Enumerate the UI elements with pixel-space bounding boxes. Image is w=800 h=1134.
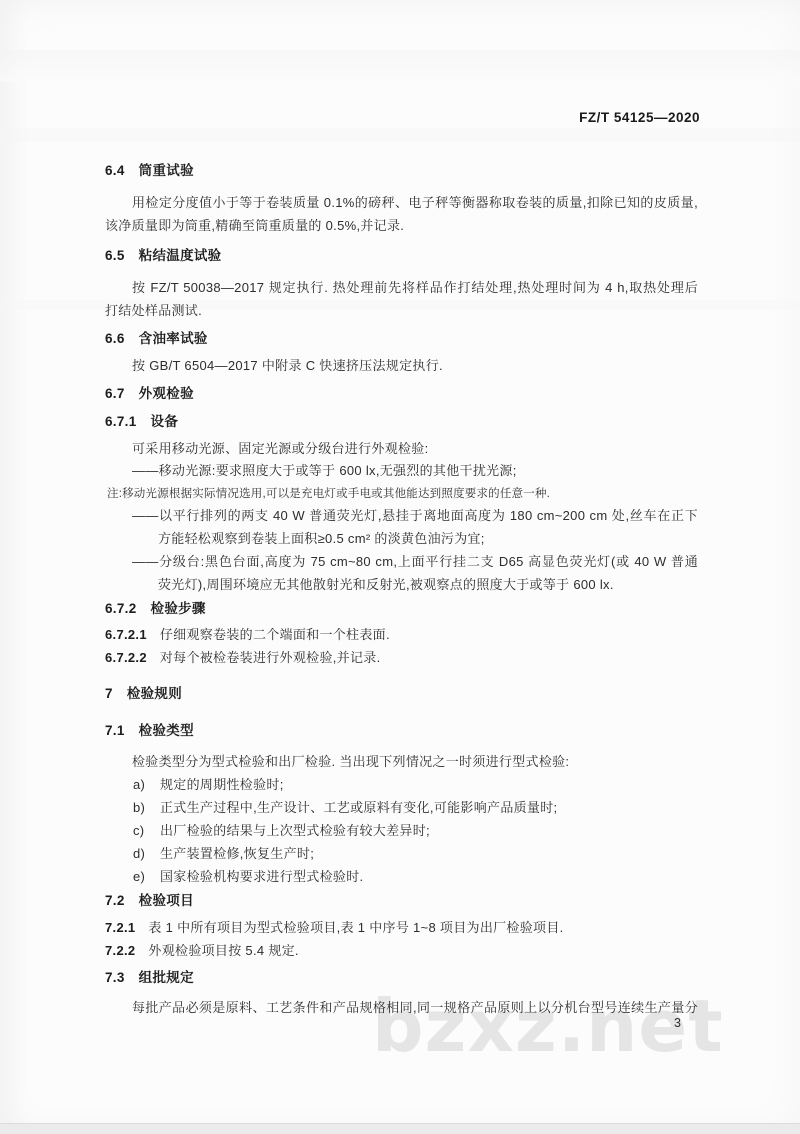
chapter-7-heading: 7检验规则	[105, 685, 182, 703]
clause-number: 6.7.1	[105, 414, 137, 429]
clause-title: 组批规定	[139, 970, 194, 985]
list-text: 生产装置检修,恢复生产时;	[160, 846, 314, 861]
clause-title: 含油率试验	[139, 331, 208, 346]
clause-text: 外观检验项目按 5.4 规定.	[148, 943, 298, 958]
clause-6-5-heading: 6.5粘结温度试验	[105, 247, 221, 265]
clause-number: 6.6	[105, 331, 125, 346]
list-marker: a)	[133, 776, 160, 794]
clause-number: 6.7.2.2	[105, 650, 147, 665]
page-number: 3	[674, 1016, 681, 1030]
list-marker: e)	[133, 868, 160, 886]
clause-7-1-intro: 检验类型分为型式检验和出厂检验. 当出现下列情况之一时须进行型式检验:	[132, 753, 569, 771]
chapter-number: 7	[105, 686, 113, 701]
clause-title: 检验项目	[139, 893, 194, 908]
list-item-a: a)规定的周期性检验时;	[133, 776, 284, 794]
chapter-title: 检验规则	[127, 686, 182, 701]
list-marker: c)	[133, 822, 160, 840]
clause-number: 6.5	[105, 248, 125, 263]
clause-6-6-paragraph: 按 GB/T 6504—2017 中附录 C 快速挤压法规定执行.	[132, 357, 443, 375]
list-item-d: d)生产装置检修,恢复生产时;	[133, 845, 314, 863]
dash-item-grading-table-line-1: ——分级台:黑色台面,高度为 75 cm~80 cm,上面平行挂二支 D65 高…	[132, 553, 698, 571]
list-item-c: c)出厂检验的结果与上次型式检验有较大差异时;	[133, 822, 430, 840]
clause-number: 6.7.2.1	[105, 627, 147, 642]
scanned-standard-page: bzxz.net FZ/T 54125—2020 6.4筒重试验 用检定分度值小…	[0, 0, 800, 1134]
clause-text: 仔细观察卷装的二个端面和一个柱表面.	[160, 627, 390, 642]
clause-number: 7.2	[105, 893, 125, 908]
clause-6-7-2-heading: 6.7.2检验步骤	[105, 600, 206, 618]
clause-number: 6.7	[105, 386, 125, 401]
clause-6-4-paragraph-line-2: 该净质量即为筒重,精确至筒重质量的 0.5%,并记录.	[105, 217, 404, 235]
clause-title: 设备	[151, 414, 179, 429]
list-text: 出厂检验的结果与上次型式检验有较大差异时;	[160, 823, 430, 838]
clause-title: 检验类型	[139, 723, 194, 738]
clause-6-7-2-2: 6.7.2.2对每个被检卷装进行外观检验,并记录.	[105, 649, 380, 667]
dash-item-fluorescent-lamp-line-2: 方能轻松观察到卷装上面积≥0.5 cm² 的淡黄色油污为宜;	[158, 530, 485, 548]
scan-shade-band	[0, 128, 800, 142]
clause-6-4-heading: 6.4筒重试验	[105, 162, 194, 180]
scan-shade-band	[0, 50, 800, 82]
dash-item-mobile-light: ——移动光源:要求照度大于或等于 600 lx,无强烈的其他干扰光源;	[132, 462, 517, 480]
list-text: 规定的周期性检验时;	[160, 777, 284, 792]
clause-number: 7.2.2	[105, 943, 135, 958]
dash-item-fluorescent-lamp-line-1: ——以平行排列的两支 40 W 普通荧光灯,悬挂于离地面高度为 180 cm~2…	[132, 507, 698, 525]
dash-item-grading-table-line-2: 荧光灯),周围环境应无其他散射光和反射光,被观察点的照度大于或等于 600 lx…	[158, 576, 614, 594]
standard-code-header: FZ/T 54125—2020	[579, 109, 700, 127]
clause-6-5-paragraph-line-1: 按 FZ/T 50038—2017 规定执行. 热处理前先将样品作打结处理,热处…	[132, 279, 698, 297]
clause-title: 粘结温度试验	[139, 248, 222, 263]
list-text: 正式生产过程中,生产设计、工艺或原料有变化,可能影响产品质量时;	[160, 800, 557, 815]
clause-7-2-heading: 7.2检验项目	[105, 892, 194, 910]
list-item-e: e)国家检验机构要求进行型式检验时.	[133, 868, 363, 886]
list-marker: d)	[133, 845, 160, 863]
clause-7-2-1: 7.2.1表 1 中所有项目为型式检验项目,表 1 中序号 1~8 项目为出厂检…	[105, 919, 564, 937]
list-item-b: b)正式生产过程中,生产设计、工艺或原料有变化,可能影响产品质量时;	[133, 799, 557, 817]
clause-7-3-heading: 7.3组批规定	[105, 969, 194, 987]
clause-6-6-heading: 6.6含油率试验	[105, 330, 208, 348]
clause-7-3-paragraph-line-1: 每批产品必须是原料、工艺条件和产品规格相同,同一规格产品原则上以分机台型号连续生…	[132, 999, 698, 1017]
clause-number: 6.4	[105, 163, 125, 178]
scan-bottom-edge	[0, 1123, 800, 1134]
clause-title: 检验步骤	[151, 601, 206, 616]
clause-number: 7.2.1	[105, 920, 135, 935]
clause-6-7-heading: 6.7外观检验	[105, 385, 194, 403]
list-marker: b)	[133, 799, 160, 817]
clause-7-2-2: 7.2.2外观检验项目按 5.4 规定.	[105, 942, 299, 960]
clause-title: 外观检验	[139, 386, 194, 401]
clause-6-4-paragraph-line-1: 用检定分度值小于等于卷装质量 0.1%的磅秤、电子秤等衡器称取卷装的质量,扣除已…	[132, 194, 698, 212]
clause-text: 对每个被检卷装进行外观检验,并记录.	[160, 650, 381, 665]
clause-number: 7.3	[105, 970, 125, 985]
clause-6-5-paragraph-line-2: 打结处样品测试.	[105, 302, 202, 320]
note-line: 注:移动光源根据实际情况选用,可以是充电灯或手电或其他能达到照度要求的任意一种.	[107, 485, 550, 503]
clause-title: 筒重试验	[139, 163, 194, 178]
clause-number: 7.1	[105, 723, 125, 738]
clause-number: 6.7.2	[105, 601, 137, 616]
clause-6-7-1-heading: 6.7.1设备	[105, 413, 178, 431]
clause-6-7-2-1: 6.7.2.1仔细观察卷装的二个端面和一个柱表面.	[105, 626, 390, 644]
clause-7-1-heading: 7.1检验类型	[105, 722, 194, 740]
clause-text: 表 1 中所有项目为型式检验项目,表 1 中序号 1~8 项目为出厂检验项目.	[148, 920, 563, 935]
list-text: 国家检验机构要求进行型式检验时.	[160, 869, 363, 884]
clause-6-7-1-intro: 可采用移动光源、固定光源或分级台进行外观检验:	[132, 440, 429, 458]
